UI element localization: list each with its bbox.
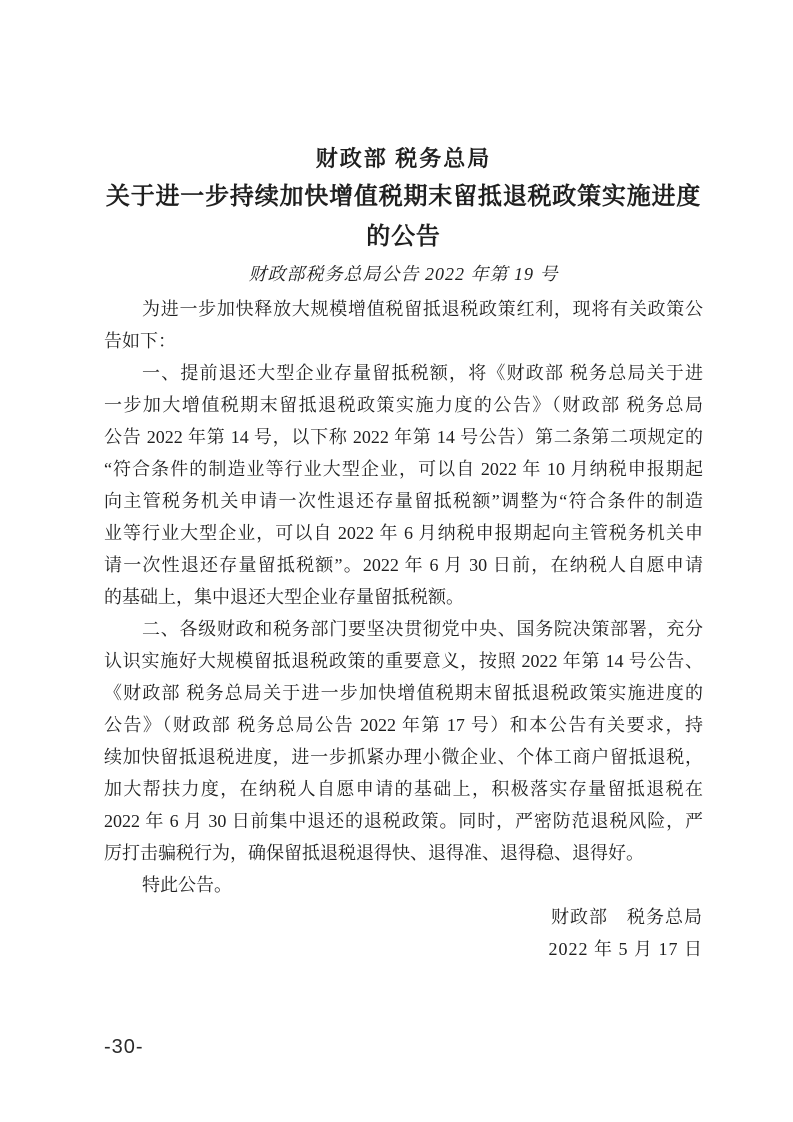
signature-line: 2022 年 5 月 17 日 — [104, 933, 703, 965]
signature-line: 财政部 税务总局 — [104, 901, 703, 933]
body-text-line: “符合条件的制造业等行业大型企业，可以自 2022 年 10 月纳税申报期起 — [104, 453, 703, 485]
body-text-line: 一步加大增值税期末留抵退税政策实施力度的公告》（财政部 税务总局 — [104, 389, 703, 421]
body-text-line: 续加快留抵退税进度，进一步抓紧办理小微企业、个体工商户留抵退税， — [104, 741, 703, 773]
body-text-line: 特此公告。 — [104, 869, 703, 901]
document-org-title: 财政部 税务总局 — [104, 140, 703, 177]
document-body: 为进一步加快释放大规模增值税留抵退税政策红利，现将有关政策公告如下：一、提前退还… — [104, 293, 703, 901]
document-number: 财政部税务总局公告 2022 年第 19 号 — [104, 257, 703, 291]
main-title-line: 关于进一步持续加快增值税期末留抵退税政策实施进度 — [104, 177, 703, 217]
signature-block: 财政部 税务总局2022 年 5 月 17 日 — [104, 901, 703, 965]
body-text-line: 的基础上，集中退还大型企业存量留抵税额。 — [104, 581, 703, 613]
document-main-title: 关于进一步持续加快增值税期末留抵退税政策实施进度的公告 — [104, 177, 703, 257]
document-content: 财政部 税务总局 关于进一步持续加快增值税期末留抵退税政策实施进度的公告 财政部… — [104, 140, 703, 965]
body-text-line: 公告 2022 年第 14 号，以下称 2022 年第 14 号公告）第二条第二… — [104, 421, 703, 453]
body-text-line: 业等行业大型企业，可以自 2022 年 6 月纳税申报期起向主管税务机关申 — [104, 517, 703, 549]
main-title-line: 的公告 — [104, 217, 703, 257]
document-page: 财政部 税务总局 关于进一步持续加快增值税期末留抵退税政策实施进度的公告 财政部… — [0, 0, 793, 1122]
body-text-line: 一、提前退还大型企业存量留抵税额，将《财政部 税务总局关于进 — [104, 357, 703, 389]
page-number: -30- — [104, 1036, 144, 1059]
body-text-line: 二、各级财政和税务部门要坚决贯彻党中央、国务院决策部署，充分 — [104, 613, 703, 645]
body-text-line: 向主管税务机关申请一次性退还存量留抵税额”调整为“符合条件的制造 — [104, 485, 703, 517]
body-text-line: 2022 年 6 月 30 日前集中退还的退税政策。同时，严密防范退税风险，严 — [104, 805, 703, 837]
body-text-line: 认识实施好大规模留抵退税政策的重要意义，按照 2022 年第 14 号公告、 — [104, 645, 703, 677]
body-text-line: 《财政部 税务总局关于进一步加快增值税期末留抵退税政策实施进度的 — [104, 677, 703, 709]
body-text-line: 请一次性退还存量留抵税额”。2022 年 6 月 30 日前，在纳税人自愿申请 — [104, 549, 703, 581]
body-text-line: 厉打击骗税行为，确保留抵退税退得快、退得准、退得稳、退得好。 — [104, 837, 703, 869]
body-text-line: 告如下： — [104, 325, 703, 357]
body-text-line: 加大帮扶力度，在纳税人自愿申请的基础上，积极落实存量留抵退税在 — [104, 773, 703, 805]
body-text-line: 公告》（财政部 税务总局公告 2022 年第 17 号）和本公告有关要求，持 — [104, 709, 703, 741]
body-text-line: 为进一步加快释放大规模增值税留抵退税政策红利，现将有关政策公 — [104, 293, 703, 325]
